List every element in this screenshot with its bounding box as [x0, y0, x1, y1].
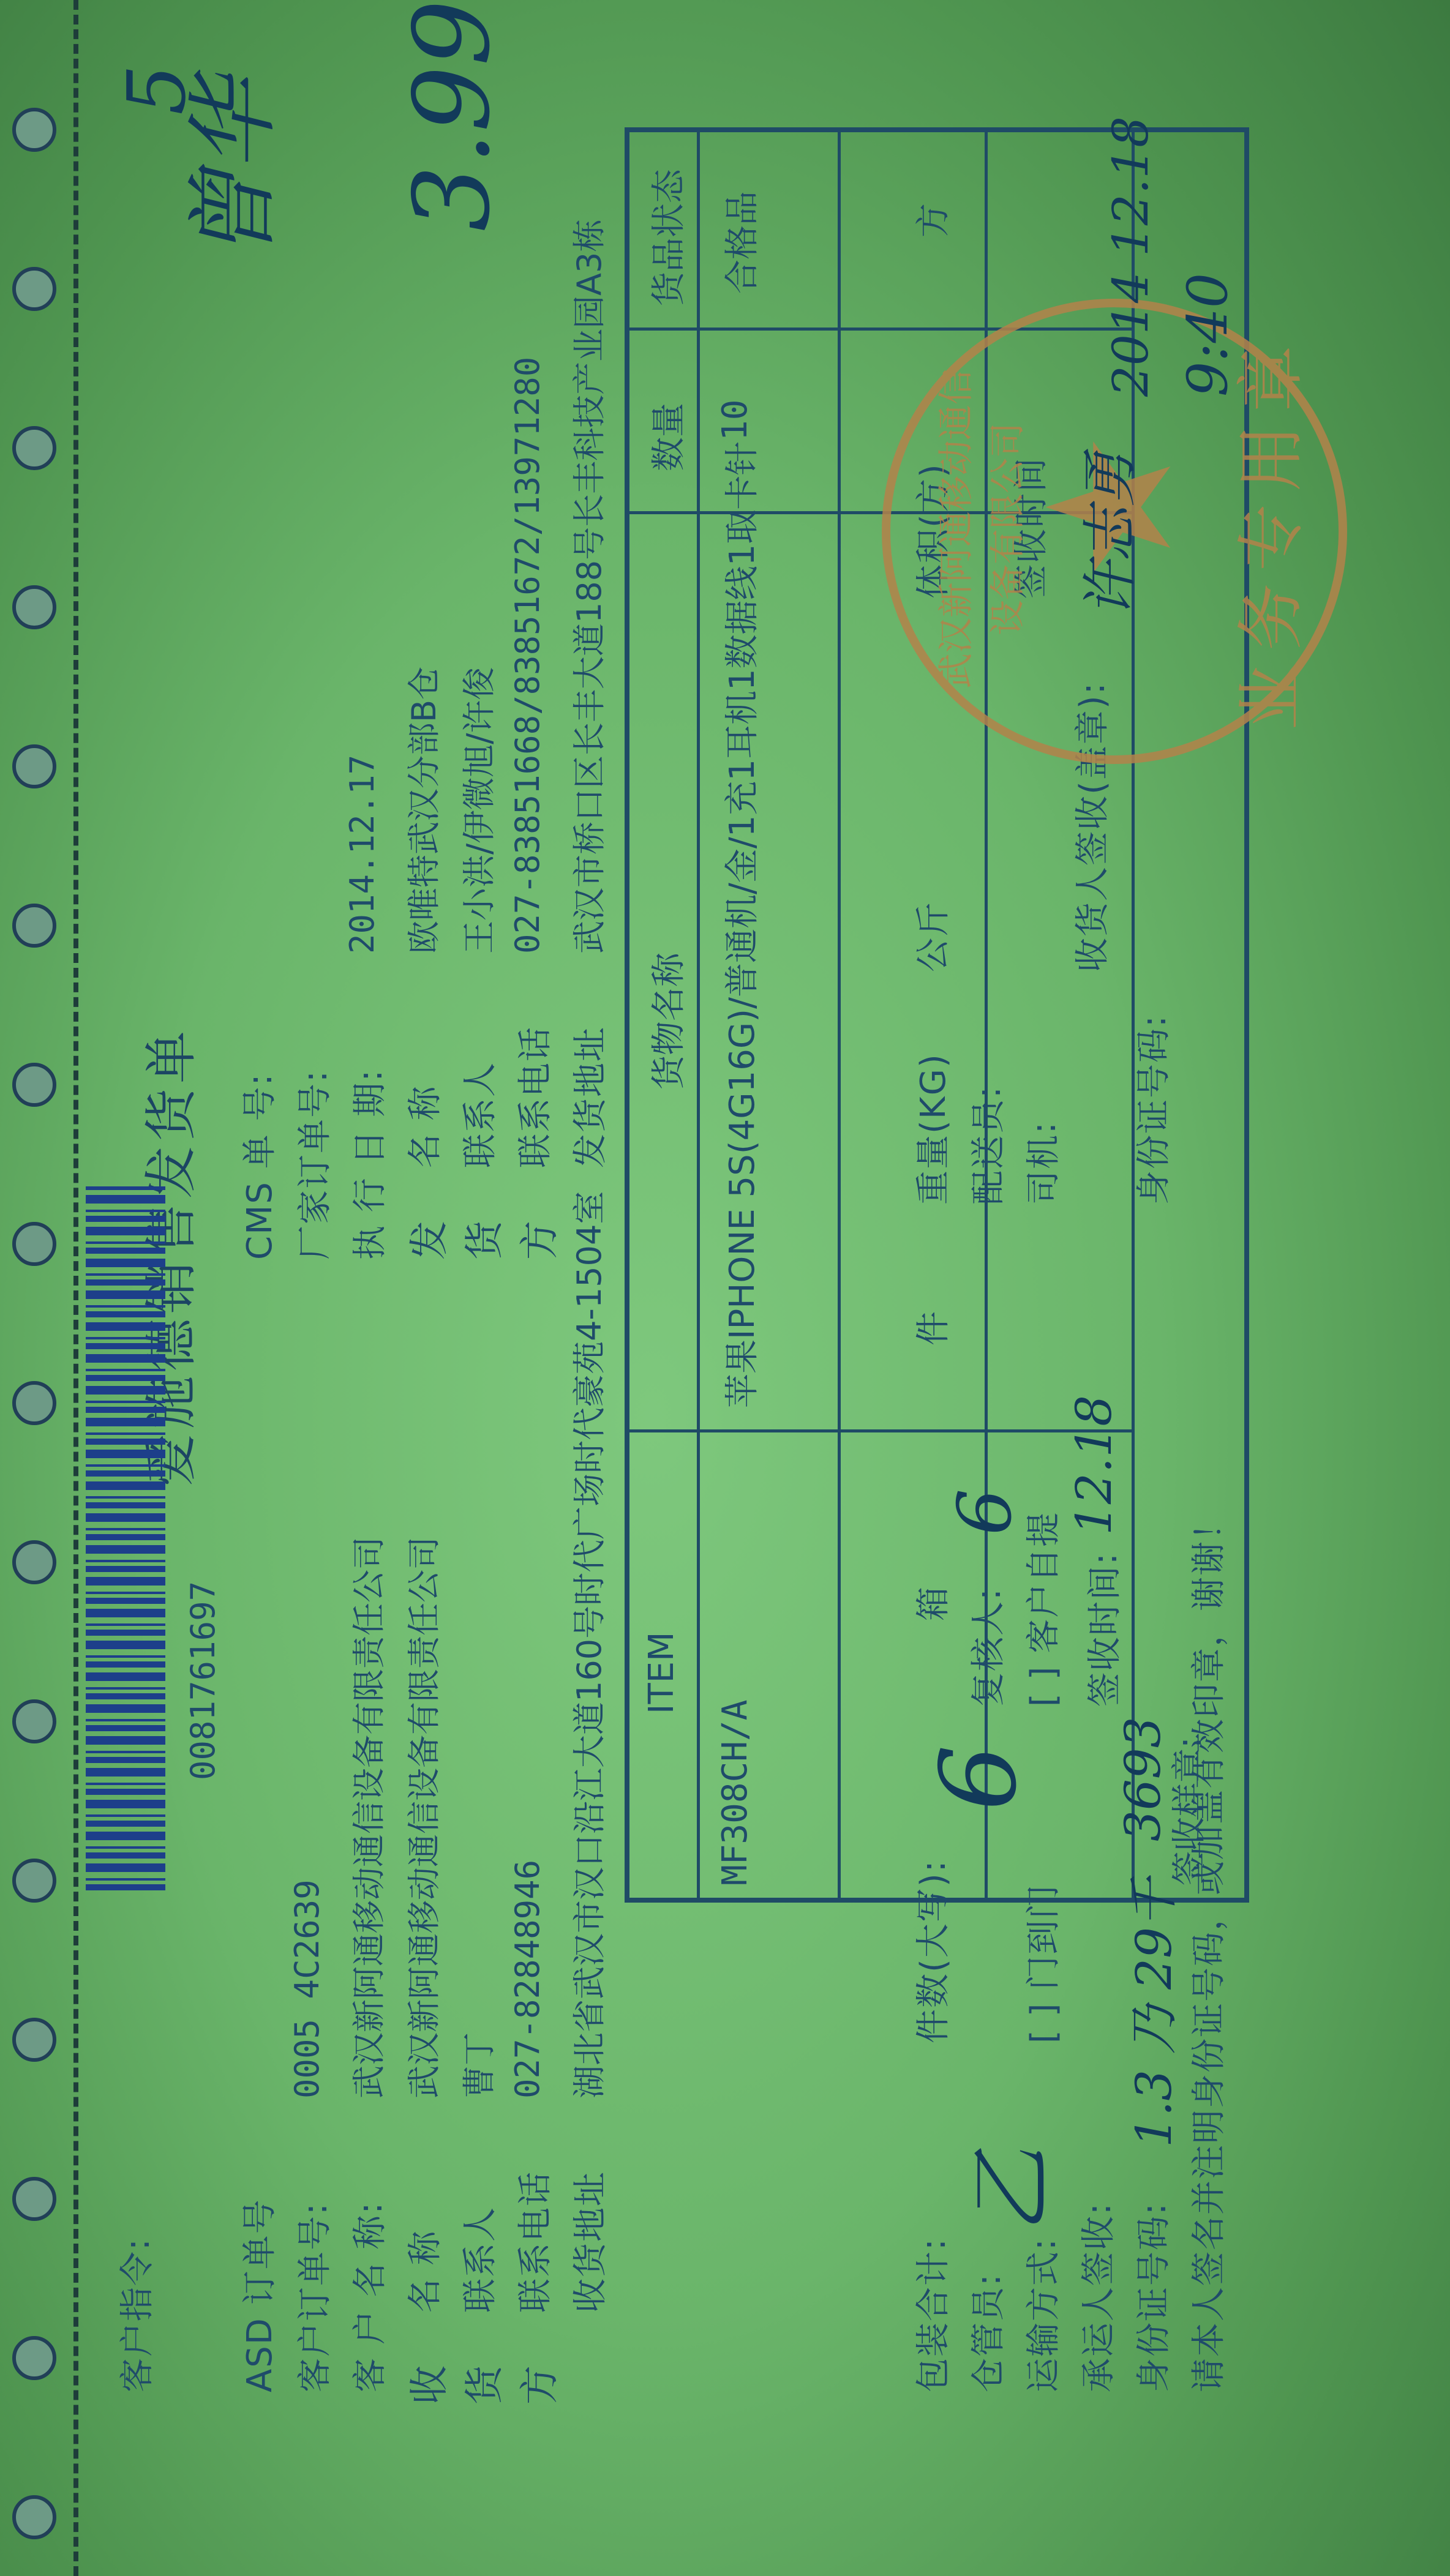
door-to-door-option[interactable]: [ ] 门到门 [1016, 1884, 1065, 2043]
receiver-side-char-2: 货 [453, 2364, 509, 2405]
weight-label: 重量(KG) [906, 1053, 955, 1205]
shipper-address-value: 武汉市桥口区长丰大道188号长丰科技产业园A3栋 [563, 219, 610, 954]
receiver-contact-label: 联系人 [453, 2206, 502, 2313]
perforation-line [73, 0, 78, 2576]
exec-date-value: 2014.12.17 [343, 755, 381, 954]
driver-label: 司机: [1016, 1121, 1065, 1205]
piece-unit: 件 [906, 1310, 955, 1346]
table-header-qty: 数量 [642, 403, 691, 471]
handwritten-receiver-date: 2014 12.18 [1102, 116, 1159, 397]
table-header-status: 货品状态 [642, 169, 691, 306]
table-row-status: 合格品 [715, 191, 764, 294]
id-number-label: 身份证号码: [1127, 2202, 1176, 2392]
shipper-phone-value: 027-83851668/83851672/13971280 [508, 357, 547, 954]
barcode-number: 0081761697 [184, 1581, 222, 1780]
receiver-side-char-3: 方 [508, 2364, 565, 2405]
receiver-address-value: 湖北省武汉市汉口沿江大道160号时代广场时代豪苑4-1504室 [563, 1191, 610, 2099]
receiver-address-label: 收货地址 [563, 2171, 612, 2313]
id-number-label-2: 身份证号码: [1127, 1014, 1176, 1205]
shipper-phone-label: 联系电话 [508, 1026, 557, 1168]
customer-name-label: 客 户 名 称: [343, 2201, 392, 2392]
weight-unit: 公斤 [906, 901, 955, 972]
notice-text: 请本人签名并注明身份证号码，或加盖有效印章，谢谢！ [1182, 1505, 1231, 2392]
box-unit: 箱 [906, 1586, 955, 1621]
receiver-name-label: 名 称 [398, 2230, 447, 2313]
delivery-note-sheet: 爱施德销售发货单 0081761697 客户指令: ASD 订单号 客户订单号:… [0, 0, 1450, 2576]
shipper-name-label: 名 称 [398, 1085, 447, 1168]
shipper-side-char-2: 货 [453, 1219, 509, 1260]
table-row-name: 苹果IPHONE 5S(4G16G)/普通机/金/1充1耳机1数据线1取卡针 [715, 441, 764, 1408]
customer-name-value: 武汉新阿通移动通信设备有限责任公司 [343, 1537, 390, 2099]
self-pickup-option[interactable]: [ ] 客户自提 [1016, 1511, 1065, 1707]
handwritten-receiver-signature: 许志勇 [1065, 452, 1145, 617]
customer-order-value: 0005 4C2639 [288, 1879, 326, 2099]
table-header-item: ITEM [642, 1632, 682, 1714]
handwritten-receiver-time: 9:40 [1176, 273, 1240, 397]
shipper-side-char-1: 发 [398, 1219, 454, 1260]
exec-date-label: 执 行 日 期: [343, 1069, 392, 1260]
sign-time-label: 签收时间: [1078, 1552, 1127, 1707]
volume-unit: 方 [906, 202, 955, 238]
handwritten-id-number: 1.3 乃 29千 [1114, 1878, 1185, 2147]
shipper-name-value: 欧唯特武汉分部B仓 [398, 667, 445, 954]
transport-label: 运输方式: [1016, 2237, 1065, 2392]
checker-label: 复核人: [961, 1587, 1010, 1707]
handwritten-box-count: 6 [918, 1745, 1040, 1811]
receiver-name-value: 武汉新阿通移动通信设备有限责任公司 [398, 1537, 445, 2099]
handwritten-checker-mark: 6 [943, 1489, 1028, 1535]
customer-order-label: 客户订单号: [288, 2202, 337, 2392]
package-total-label: 包装合计: [906, 2237, 955, 2392]
handwritten-sign-date: 12.18 [1065, 1395, 1122, 1535]
handwritten-warehouse-mark: 乙 [943, 2147, 1066, 2233]
tractor-feed-holes [0, 0, 73, 2576]
receiver-phone-label: 联系电话 [508, 2171, 557, 2313]
factory-order-label: 厂家订单号: [288, 1069, 337, 1260]
shipper-side-char-3: 方 [508, 1219, 565, 1260]
table-row-qty: 10 [715, 400, 755, 441]
customer-instruction-label: 客户指令: [110, 2237, 159, 2392]
table-header-name: 货物名称 [642, 953, 691, 1090]
handwritten-id-suffix: 3693 [1114, 1717, 1171, 1841]
shipper-contact-value: 王小洪/伊微旭/许俊 [453, 667, 500, 954]
warehouse-keeper-label: 仓管员: [961, 2273, 1010, 2392]
shipper-address-label: 发货地址 [563, 1026, 612, 1168]
handwritten-corner-number: 3.99 [392, 0, 513, 231]
asd-order-label: ASD 订单号 [233, 2198, 282, 2392]
receiver-side-char-1: 收 [398, 2364, 454, 2405]
carrier-sign-label: 承运人签收: [1072, 2202, 1121, 2392]
shipper-contact-label: 联系人 [453, 1061, 502, 1168]
handwritten-corner-digit: 5 [110, 64, 203, 115]
table-row-item: MF308CH/A [715, 1700, 755, 1885]
dispatcher-label: 配送员: [961, 1085, 1010, 1205]
package-count-label: 件数(大写): [906, 1859, 955, 2043]
receiver-contact-value: 曹丁 [453, 2032, 500, 2099]
receiver-phone-value: 027-82848946 [508, 1860, 547, 2099]
barcode [86, 1186, 165, 1890]
cms-order-label: CMS 单 号: [233, 1073, 282, 1260]
